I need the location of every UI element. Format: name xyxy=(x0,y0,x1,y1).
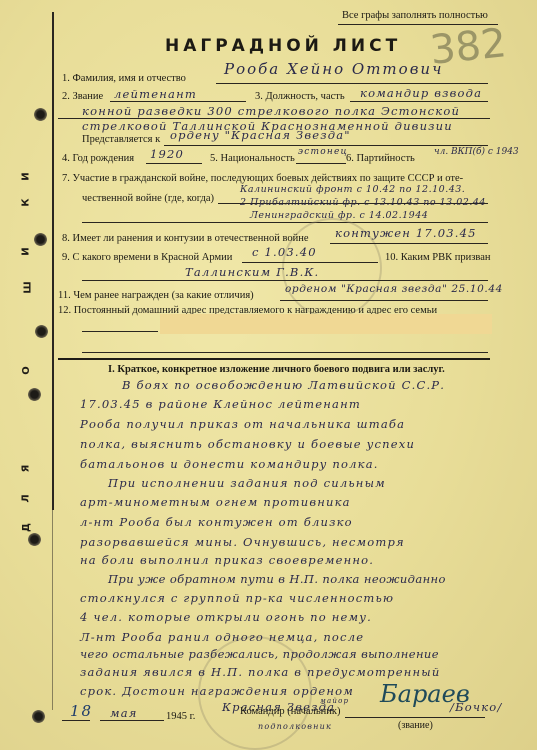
description-line: батальонов и донести командиру полка. xyxy=(80,457,379,471)
description-line: арт-минометным огнем противника xyxy=(80,495,351,509)
field-10-value: Таллинским Г.В.К. xyxy=(185,265,319,279)
award-value: ордену "Красная Звезда" xyxy=(170,128,351,142)
binding-letter: Я xyxy=(20,465,31,473)
binding-label: Д Л Я О Ш И К И xyxy=(14,190,44,550)
section-divider xyxy=(58,358,490,360)
field-5-line xyxy=(296,163,346,164)
description-line: При уже обратном пути в Н.П. полка неожи… xyxy=(108,572,446,586)
field-7-value: Калининский фронт с 10.42 по 12.10.43. xyxy=(240,184,465,195)
field-12-line-2 xyxy=(82,331,158,332)
field-1-label: 1. Фамилия, имя и отчество xyxy=(62,73,186,84)
field-10-line xyxy=(82,280,488,281)
field-9-value: с 1.03.40 xyxy=(252,245,317,259)
field-2-value: лейтенант xyxy=(114,87,197,101)
binding-margin-line xyxy=(52,12,54,510)
binding-letter: Д xyxy=(21,523,32,532)
description-line: чего остальные разбежались, продолжая вы… xyxy=(80,647,439,661)
binding-letter: Л xyxy=(21,494,32,502)
binding-letter: И xyxy=(21,172,32,180)
instruction-note: Все графы заполнять полностью xyxy=(342,10,488,21)
field-5-value: эстонец xyxy=(298,147,348,157)
field-11-value: орденом "Красная звезда" 25.10.44 xyxy=(285,283,503,295)
binding-letter: К xyxy=(21,198,32,206)
binding-hole-icon xyxy=(32,710,45,723)
date-year: 1945 г. xyxy=(166,711,195,722)
rank-value-top: майор xyxy=(320,697,349,705)
description-line: разорвавшейся мины. Очнувшись, несмотря xyxy=(80,535,405,549)
field-4-value: 1920 xyxy=(150,147,184,161)
field-9-label: 9. С какого времени в Красной Армии xyxy=(62,252,232,263)
commander-signature-line xyxy=(345,717,485,718)
section-heading: I. Краткое, конкретное изложение личного… xyxy=(108,364,445,375)
award-line xyxy=(164,145,488,146)
field-3-line xyxy=(350,101,488,102)
rank-value-bottom: подполковник xyxy=(258,722,332,731)
field-12-line-3 xyxy=(82,352,488,353)
field-1-value: Рооба Хейно Оттович xyxy=(224,60,443,78)
commander-name: /Бочко/ xyxy=(450,700,502,714)
field-4-label: 4. Год рождения xyxy=(62,153,134,164)
redacted-address xyxy=(160,314,492,334)
field-11-label: 11. Чем ранее награжден (за какие отличи… xyxy=(58,290,254,301)
date-month-line xyxy=(100,720,164,721)
description-line: полка, выяснить обстановку и боевые успе… xyxy=(80,437,415,451)
field-3-value: командир взвода xyxy=(360,86,482,100)
field-9-line xyxy=(242,262,378,263)
field-11-line xyxy=(280,300,488,301)
field-8-label: 8. Имеет ли ранения и контузии в отечест… xyxy=(62,233,308,244)
field-4-line xyxy=(146,163,202,164)
description-line: В боях по освобождению Латвийской С.С.Р. xyxy=(122,378,445,392)
field-7-label-cont: чественной войне (где, когда) xyxy=(82,193,214,204)
field-2-label: 2. Звание xyxy=(62,91,103,102)
binding-letter: О xyxy=(21,366,32,375)
binding-hole-icon xyxy=(34,108,47,121)
field-8-line xyxy=(330,243,488,244)
field-7-line-2 xyxy=(82,222,488,223)
description-line: При исполнении задания под сильным xyxy=(108,476,386,490)
field-3-label: 3. Должность, часть xyxy=(255,91,345,102)
date-day: 18 xyxy=(70,702,93,720)
description-line: л-нт Рооба был контужен от близко xyxy=(80,515,353,529)
field-8-value: контужен 17.03.45 xyxy=(335,226,477,240)
field-2-line xyxy=(110,101,246,102)
award-label: Представляется к xyxy=(82,134,160,145)
description-line: столкнулся с группой пр-ка численностью xyxy=(80,591,394,605)
date-day-line xyxy=(62,720,90,721)
field-5-label: 5. Национальность xyxy=(210,153,295,164)
field-1-line xyxy=(216,83,488,84)
commander-label: Командир (начальник) xyxy=(240,706,340,717)
description-line: на боли выполнил приказ своевременно. xyxy=(80,553,374,567)
field-10-label: 10. Каким РВК призван xyxy=(385,252,490,263)
description-line: задания явился в Н.П. полка в предусмотр… xyxy=(80,665,440,679)
field-7-value: 2 Прибалтийский фр. с 13.10.43 по 13.02.… xyxy=(240,197,486,208)
description-line: Л-нт Рооба ранил одного немца, после xyxy=(80,630,364,644)
description-line: срок. Достоин награждения орденом xyxy=(80,684,354,698)
field-7-label: 7. Участие в гражданской войне, последую… xyxy=(62,173,463,184)
binding-margin-line-lower xyxy=(52,510,53,710)
field-3-value-cont: конной разведки 300 стрелкового полка Эс… xyxy=(82,104,460,118)
field-6-label: 6. Партийность xyxy=(346,153,415,164)
description-line: Рооба получил приказ от начальника штаба xyxy=(80,417,405,431)
date-month: мая xyxy=(110,706,138,720)
binding-letter: Ш xyxy=(23,281,34,293)
page-title: НАГРАДНОЙ ЛИСТ xyxy=(165,36,401,56)
description-line: 4 чел. которые открыли огонь по нему. xyxy=(80,610,372,624)
description-line: 17.03.45 в районе Клейнос лейтенант xyxy=(80,397,361,411)
binding-letter: И xyxy=(21,247,32,255)
rank-label: (звание) xyxy=(398,720,433,731)
field-6-value: чл. ВКП(б) с 1943 xyxy=(434,147,519,157)
